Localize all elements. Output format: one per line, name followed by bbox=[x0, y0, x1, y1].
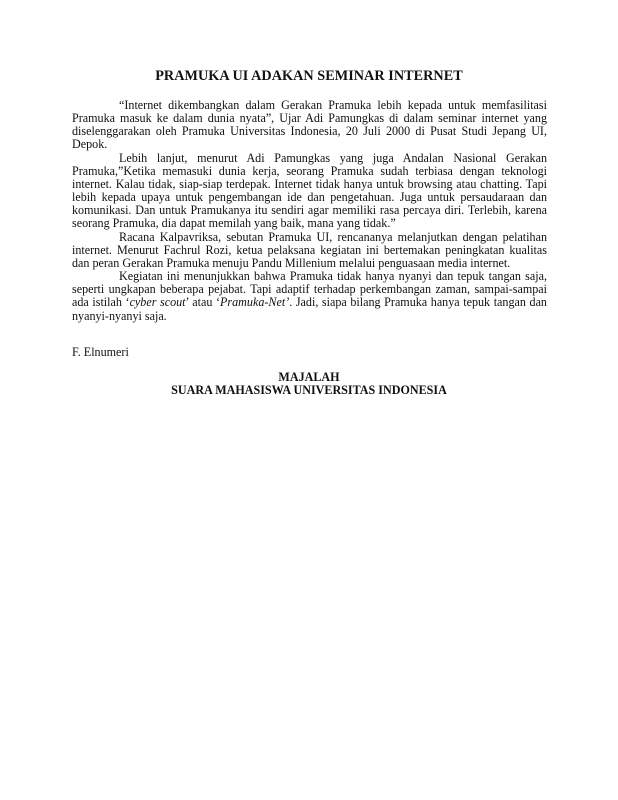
article-body: “Internet dikembangkan dalam Gerakan Pra… bbox=[72, 99, 547, 323]
paragraph-4-segment-3: ’ atau ‘ bbox=[186, 295, 220, 309]
article-title: PRAMUKA UI ADAKAN SEMINAR INTERNET bbox=[0, 68, 618, 85]
author-byline: F. Elnumeri bbox=[72, 346, 129, 359]
italic-term-pramuka-net: Pramuka-Net’ bbox=[220, 295, 289, 309]
paragraph-3: Racana Kalpavriksa, sebutan Pramuka UI, … bbox=[72, 231, 547, 270]
publication-footer: MAJALAH SUARA MAHASISWA UNIVERSITAS INDO… bbox=[0, 371, 618, 397]
footer-line-publisher: SUARA MAHASISWA UNIVERSITAS INDONESIA bbox=[0, 384, 618, 397]
paragraph-4: Kegiatan ini menunjukkan bahwa Pramuka t… bbox=[72, 270, 547, 323]
italic-term-cyber-scout: cyber scout bbox=[130, 295, 186, 309]
document-page: PRAMUKA UI ADAKAN SEMINAR INTERNET “Inte… bbox=[0, 0, 618, 800]
paragraph-2: Lebih lanjut, menurut Adi Pamungkas yang… bbox=[72, 152, 547, 231]
paragraph-1: “Internet dikembangkan dalam Gerakan Pra… bbox=[72, 99, 547, 152]
